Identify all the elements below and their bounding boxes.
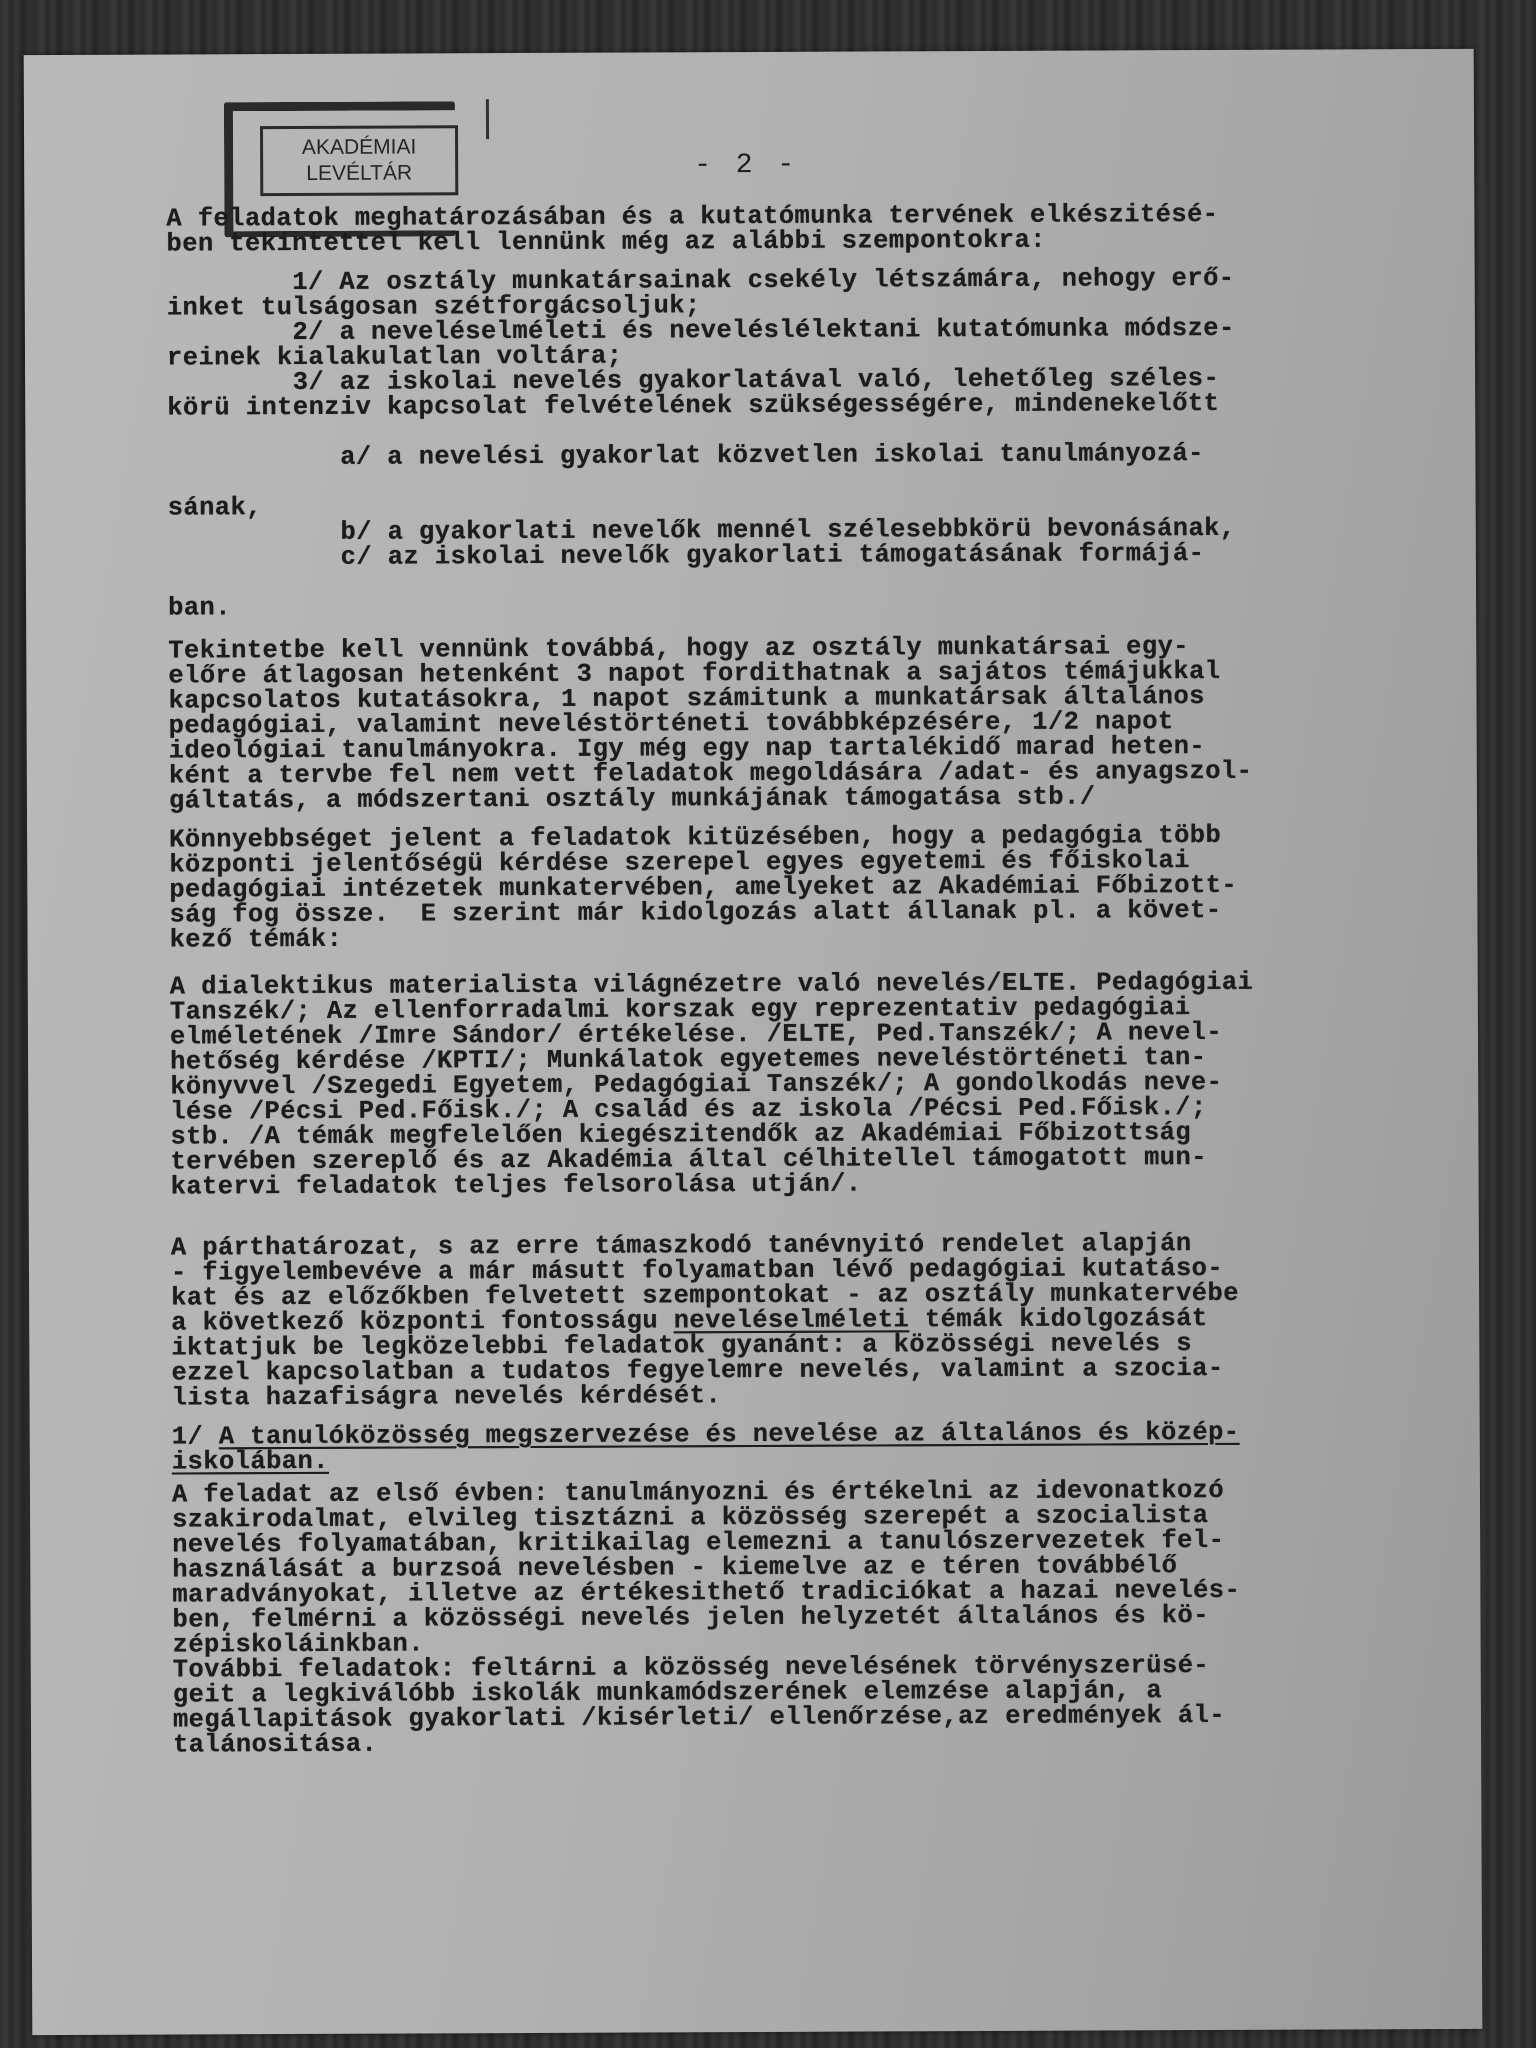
paragraph-topics: A dialektikus materialista világnézetre …	[170, 969, 1411, 1199]
paragraph-points: 1/ Az osztály munkatársainak csekély lét…	[167, 265, 1409, 620]
paragraph-ease: Könnyebbséget jelent a feladatok kitüzés…	[169, 822, 1410, 952]
text-line: 1/ A tanulóközösség megszervezése és nev…	[172, 1419, 1412, 1449]
text-line: 2/ a neveléselméleti és neveléslélektani…	[167, 315, 1407, 345]
stamp-line-1: AKADÉMIAI	[263, 134, 455, 161]
typewritten-body: A feladatok meghatározásában és a kutató…	[166, 201, 1413, 1757]
paragraph-heading1: 1/ A tanulóközösség megszervezése és nev…	[172, 1419, 1412, 1474]
page-number: - 2 -	[694, 150, 798, 181]
paragraph-time: Tekintetbe kell vennünk továbbá, hogy az…	[168, 633, 1409, 813]
text-line: 1/ Az osztály munkatársainak csekély lét…	[167, 265, 1407, 295]
ink-mark	[486, 99, 489, 139]
paragraph-task: A feladat az első évben: tanulmányozni é…	[172, 1477, 1413, 1757]
text-line: ben tekintettel kell lennünk még az aláb…	[166, 226, 1406, 256]
paragraph-resolution: A párthatározat, s az erre támaszkodó ta…	[171, 1230, 1412, 1410]
text-line: katervi feladatok teljes felsorolása utj…	[171, 1169, 1411, 1199]
stamp-line-2: LEVÉLTÁR	[263, 160, 455, 187]
text-line: ban.	[168, 590, 1408, 620]
document-page: AKADÉMIAI LEVÉLTÁR - 2 - A feladatok meg…	[24, 49, 1483, 2035]
text-line: gáltatás, a módszertani osztály munkáján…	[169, 783, 1409, 813]
paragraph-intro: A feladatok meghatározásában és a kutató…	[166, 201, 1406, 256]
archive-stamp: AKADÉMIAI LEVÉLTÁR	[260, 125, 458, 196]
